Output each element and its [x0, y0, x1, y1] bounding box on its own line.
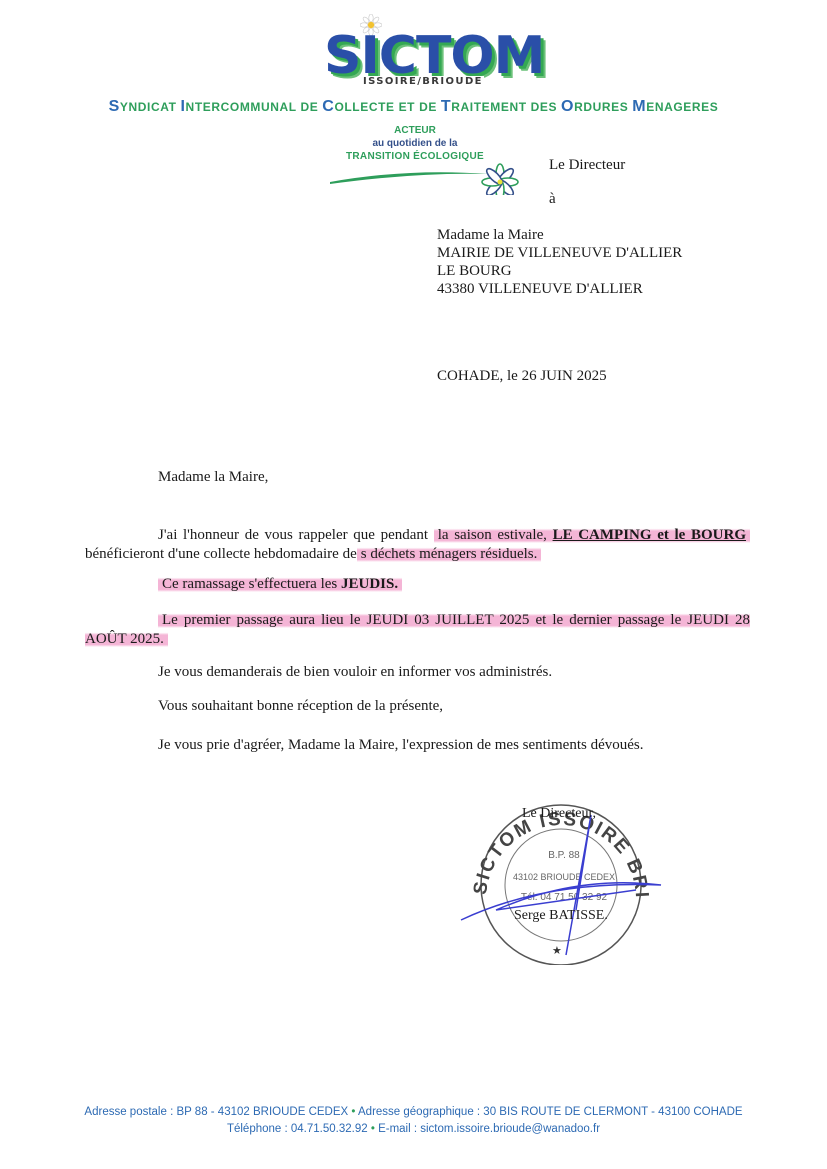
text: J'ai l'honneur de vous rappeler que pend…: [158, 527, 434, 543]
org-word: MENAGERES: [632, 100, 718, 114]
swoosh-flower-graphic: [328, 160, 528, 195]
signatory-name: Serge BATISSE.: [514, 908, 608, 924]
organization-name: SYNDICAT INTERCOMMUNAL DE COLLECTE ET DE…: [0, 98, 827, 116]
emphasis-locations: LE CAMPING et le BOURG: [553, 527, 746, 543]
org-word: COLLECTE: [322, 100, 394, 114]
paragraph-1: J'ai l'honneur de vous rappeler que pend…: [85, 526, 750, 564]
org-word: DES: [531, 100, 557, 114]
highlight: Ce ramassage s'effectuera les JEUDIS.: [158, 576, 402, 592]
tagline-line-1: ACTEUR: [335, 124, 495, 137]
logo-wordmark: SICTOM: [324, 30, 544, 82]
org-word: INTERCOMMUNAL: [181, 100, 297, 114]
text: la saison estivale,: [438, 527, 553, 543]
org-word: SYNDICAT: [109, 100, 177, 114]
email: E-mail : sictom.issoire.brioude@wanadoo.…: [378, 1123, 600, 1135]
org-word: ORDURES: [561, 100, 628, 114]
recipient-line-2: MAIRIE DE VILLENEUVE D'ALLIER: [437, 244, 682, 262]
svg-text:Tél. 04 71 50 32 92: Tél. 04 71 50 32 92: [521, 892, 608, 903]
paragraph-2: Ce ramassage s'effectuera les JEUDIS.: [158, 575, 823, 594]
recipient-line-1: Madame la Maire: [437, 226, 682, 244]
geographic-address: Adresse géographique : 30 BIS ROUTE DE C…: [358, 1106, 743, 1118]
place-date: COHADE, le 26 JUIN 2025: [437, 368, 607, 385]
paragraph-3: Le premier passage aura lieu le JEUDI 03…: [85, 611, 750, 649]
recipient-line-4: 43380 VILLENEUVE D'ALLIER: [437, 280, 682, 298]
highlight: Le premier passage aura lieu le JEUDI 03…: [85, 612, 750, 647]
highlight: la saison estivale, LE CAMPING et le BOU…: [434, 527, 750, 543]
postal-address: Adresse postale : BP 88 - 43102 BRIOUDE …: [84, 1106, 348, 1118]
org-word: ET: [399, 100, 416, 114]
footer: Adresse postale : BP 88 - 43102 BRIOUDE …: [0, 1104, 827, 1138]
salutation: Madame la Maire,: [158, 469, 268, 486]
sender-title: Le Directeur: [549, 157, 625, 174]
org-word: DE: [300, 100, 318, 114]
emphasis-day: JEUDIS.: [341, 576, 398, 592]
signature-title: Le Directeur,: [522, 806, 596, 822]
tagline: ACTEUR au quotidien de la TRANSITION ÉCO…: [335, 124, 495, 163]
sictom-logo: SICTOM ISSOIRE/BRIOUDE: [322, 14, 537, 94]
highlight: s déchets ménagers résiduels.: [357, 546, 542, 562]
recipient-address: Madame la Maire MAIRIE DE VILLENEUVE D'A…: [437, 226, 682, 298]
svg-text:B.P. 88: B.P. 88: [548, 850, 580, 861]
phone: Téléphone : 04.71.50.32.92: [227, 1123, 368, 1135]
footer-line-2: Téléphone : 04.71.50.32.92 • E-mail : si…: [0, 1121, 827, 1138]
org-word: TRAITEMENT: [441, 100, 527, 114]
logo-subtitle: ISSOIRE/BRIOUDE: [362, 76, 484, 87]
separator: •: [351, 1106, 355, 1118]
paragraph-6: Je vous prie d'agréer, Madame la Maire, …: [158, 736, 823, 755]
tagline-line-2: au quotidien de la: [335, 137, 495, 150]
paragraph-4: Je vous demanderais de bien vouloir en i…: [158, 663, 823, 682]
separator: •: [371, 1123, 375, 1135]
org-word: DE: [419, 100, 437, 114]
text: Ce ramassage s'effectuera les: [162, 576, 341, 592]
footer-line-1: Adresse postale : BP 88 - 43102 BRIOUDE …: [0, 1104, 827, 1121]
text: bénéficieront d'une collecte hebdomadair…: [85, 546, 357, 562]
svg-text:43102 BRIOUDE CEDEX: 43102 BRIOUDE CEDEX: [513, 872, 615, 882]
svg-text:★: ★: [552, 944, 562, 957]
recipient-line-3: LE BOURG: [437, 262, 682, 280]
to-label: à: [549, 191, 556, 208]
paragraph-5: Vous souhaitant bonne réception de la pr…: [158, 697, 823, 716]
